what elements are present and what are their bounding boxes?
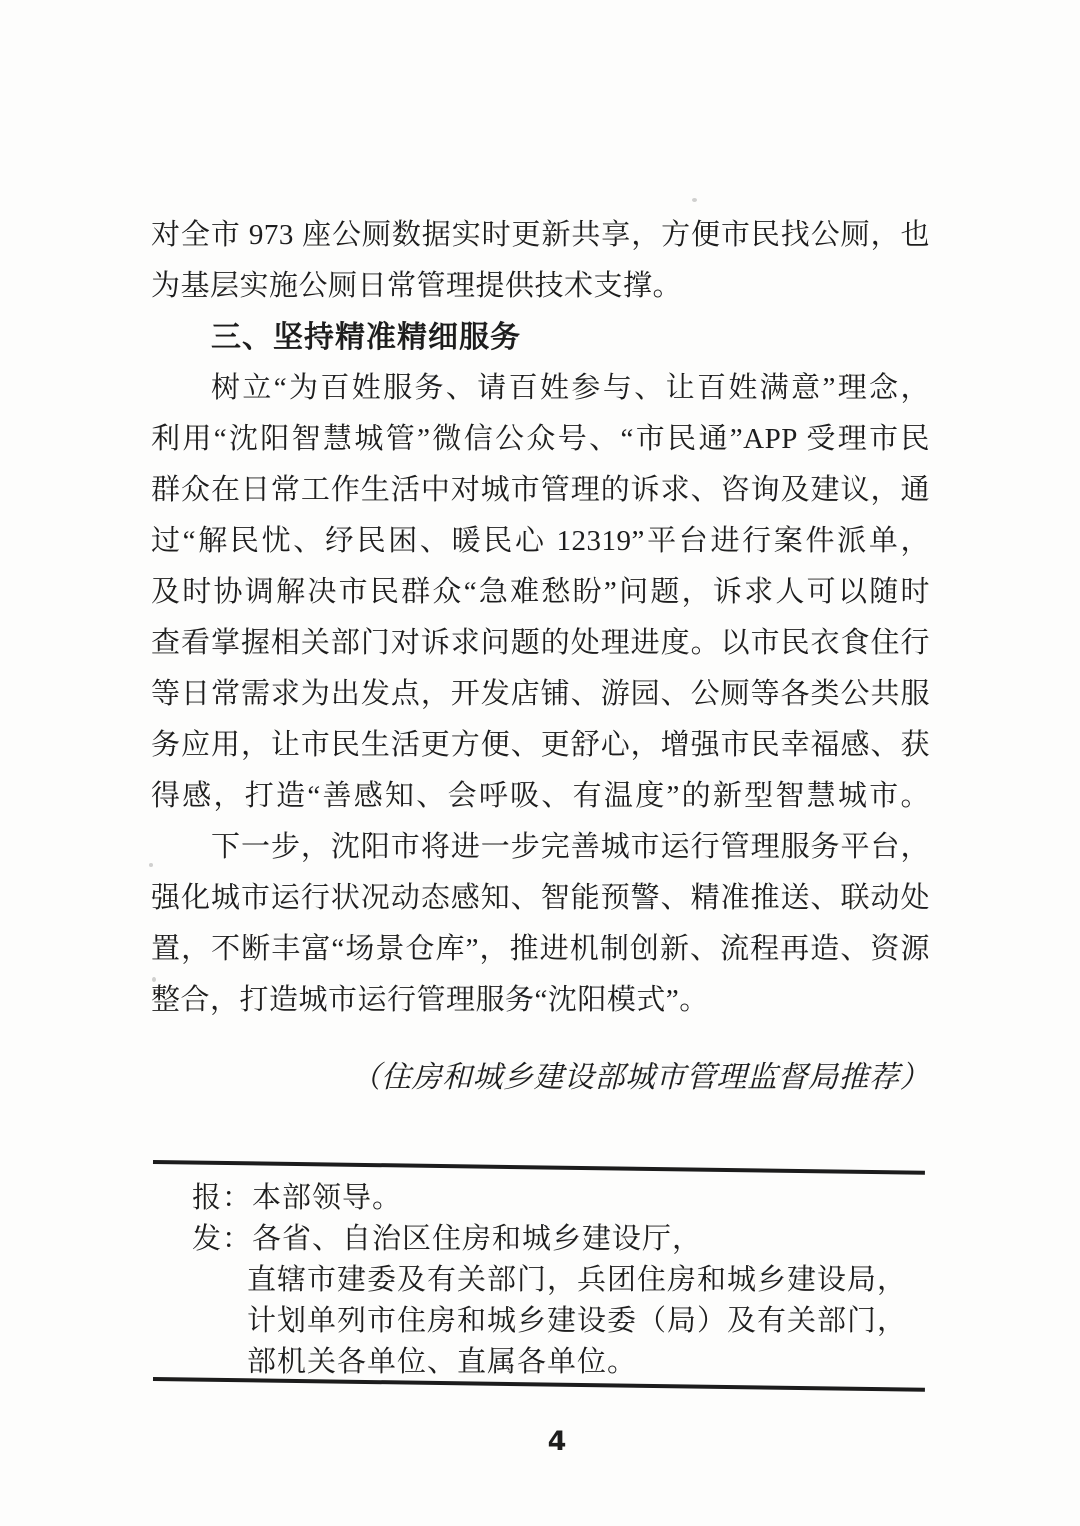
scan-speck [149, 863, 153, 867]
cc-row: 部机关各单位、直属各单位。 [192, 1342, 932, 1383]
cc-text: 部机关各单位、直属各单位。 [247, 1342, 932, 1383]
body-line: 等日常需求为出发点，开发店铺、游园、公厕等各类公共服 [151, 669, 930, 720]
body-line: 群众在日常工作生活中对城市管理的诉求、咨询及建议，通 [151, 465, 930, 516]
cc-block-top-rule [153, 1160, 925, 1175]
body-text: 对全市 973 座公厕数据实时更新共享，方便市民找公厕，也 为基层实施公厕日常管… [151, 210, 930, 1026]
cc-text: 直辖市建委及有关部门，兵团住房和城乡建设局， [247, 1260, 932, 1301]
body-line: 树立“为百姓服务、请百姓参与、让百姓满意”理念， [151, 363, 930, 414]
scan-speck [692, 198, 697, 202]
cc-row: 报： 本部领导。 [192, 1178, 932, 1219]
body-line: 下一步，沈阳市将进一步完善城市运行管理服务平台， [151, 822, 930, 873]
body-line: 置，不断丰富“场景仓库”，推进机制创新、流程再造、资源 [151, 924, 930, 975]
document-page: 对全市 973 座公厕数据实时更新共享，方便市民找公厕，也 为基层实施公厕日常管… [0, 0, 1080, 1526]
cc-text: 各省、自治区住房和城乡建设厅， [252, 1219, 932, 1260]
body-line: 及时协调解决市民群众“急难愁盼”问题，诉求人可以随时 [151, 567, 930, 618]
body-line: 得感，打造“善感知、会呼吸、有温度”的新型智慧城市。 [151, 771, 930, 822]
recommendation-line: （住房和城乡建设部城市管理监督局推荐） [151, 1052, 930, 1103]
body-line: 对全市 973 座公厕数据实时更新共享，方便市民找公厕，也 [151, 210, 930, 261]
cc-text: 本部领导。 [252, 1178, 932, 1219]
cc-text: 计划单列市住房和城乡建设委（局）及有关部门， [247, 1301, 932, 1342]
body-line: 整合，打造城市运行管理服务“沈阳模式”。 [151, 975, 930, 1026]
cc-block: 报： 本部领导。 发： 各省、自治区住房和城乡建设厅， 直辖市建委及有关部门，兵… [192, 1178, 932, 1383]
cc-label: 报： [192, 1178, 252, 1219]
section-heading: 三、坚持精准精细服务 [151, 312, 930, 363]
body-line: 为基层实施公厕日常管理提供技术支撑。 [151, 261, 930, 312]
cc-label [192, 1260, 247, 1301]
body-line: 利用“沈阳智慧城管”微信公众号、“市民通”APP 受理市民 [151, 414, 930, 465]
cc-row: 直辖市建委及有关部门，兵团住房和城乡建设局， [192, 1260, 932, 1301]
page-number: 4 [540, 1426, 574, 1457]
cc-label: 发： [192, 1219, 252, 1260]
body-line: 务应用，让市民生活更方便、更舒心，增强市民幸福感、获 [151, 720, 930, 771]
cc-row: 发： 各省、自治区住房和城乡建设厅， [192, 1219, 932, 1260]
scan-speck [152, 977, 156, 982]
cc-row: 计划单列市住房和城乡建设委（局）及有关部门， [192, 1301, 932, 1342]
body-line: 强化城市运行状况动态感知、智能预警、精准推送、联动处 [151, 873, 930, 924]
body-line: 过“解民忧、纾民困、暖民心 12319”平台进行案件派单， [151, 516, 930, 567]
cc-label [192, 1301, 247, 1342]
body-line: 查看掌握相关部门对诉求问题的处理进度。以市民衣食住行 [151, 618, 930, 669]
